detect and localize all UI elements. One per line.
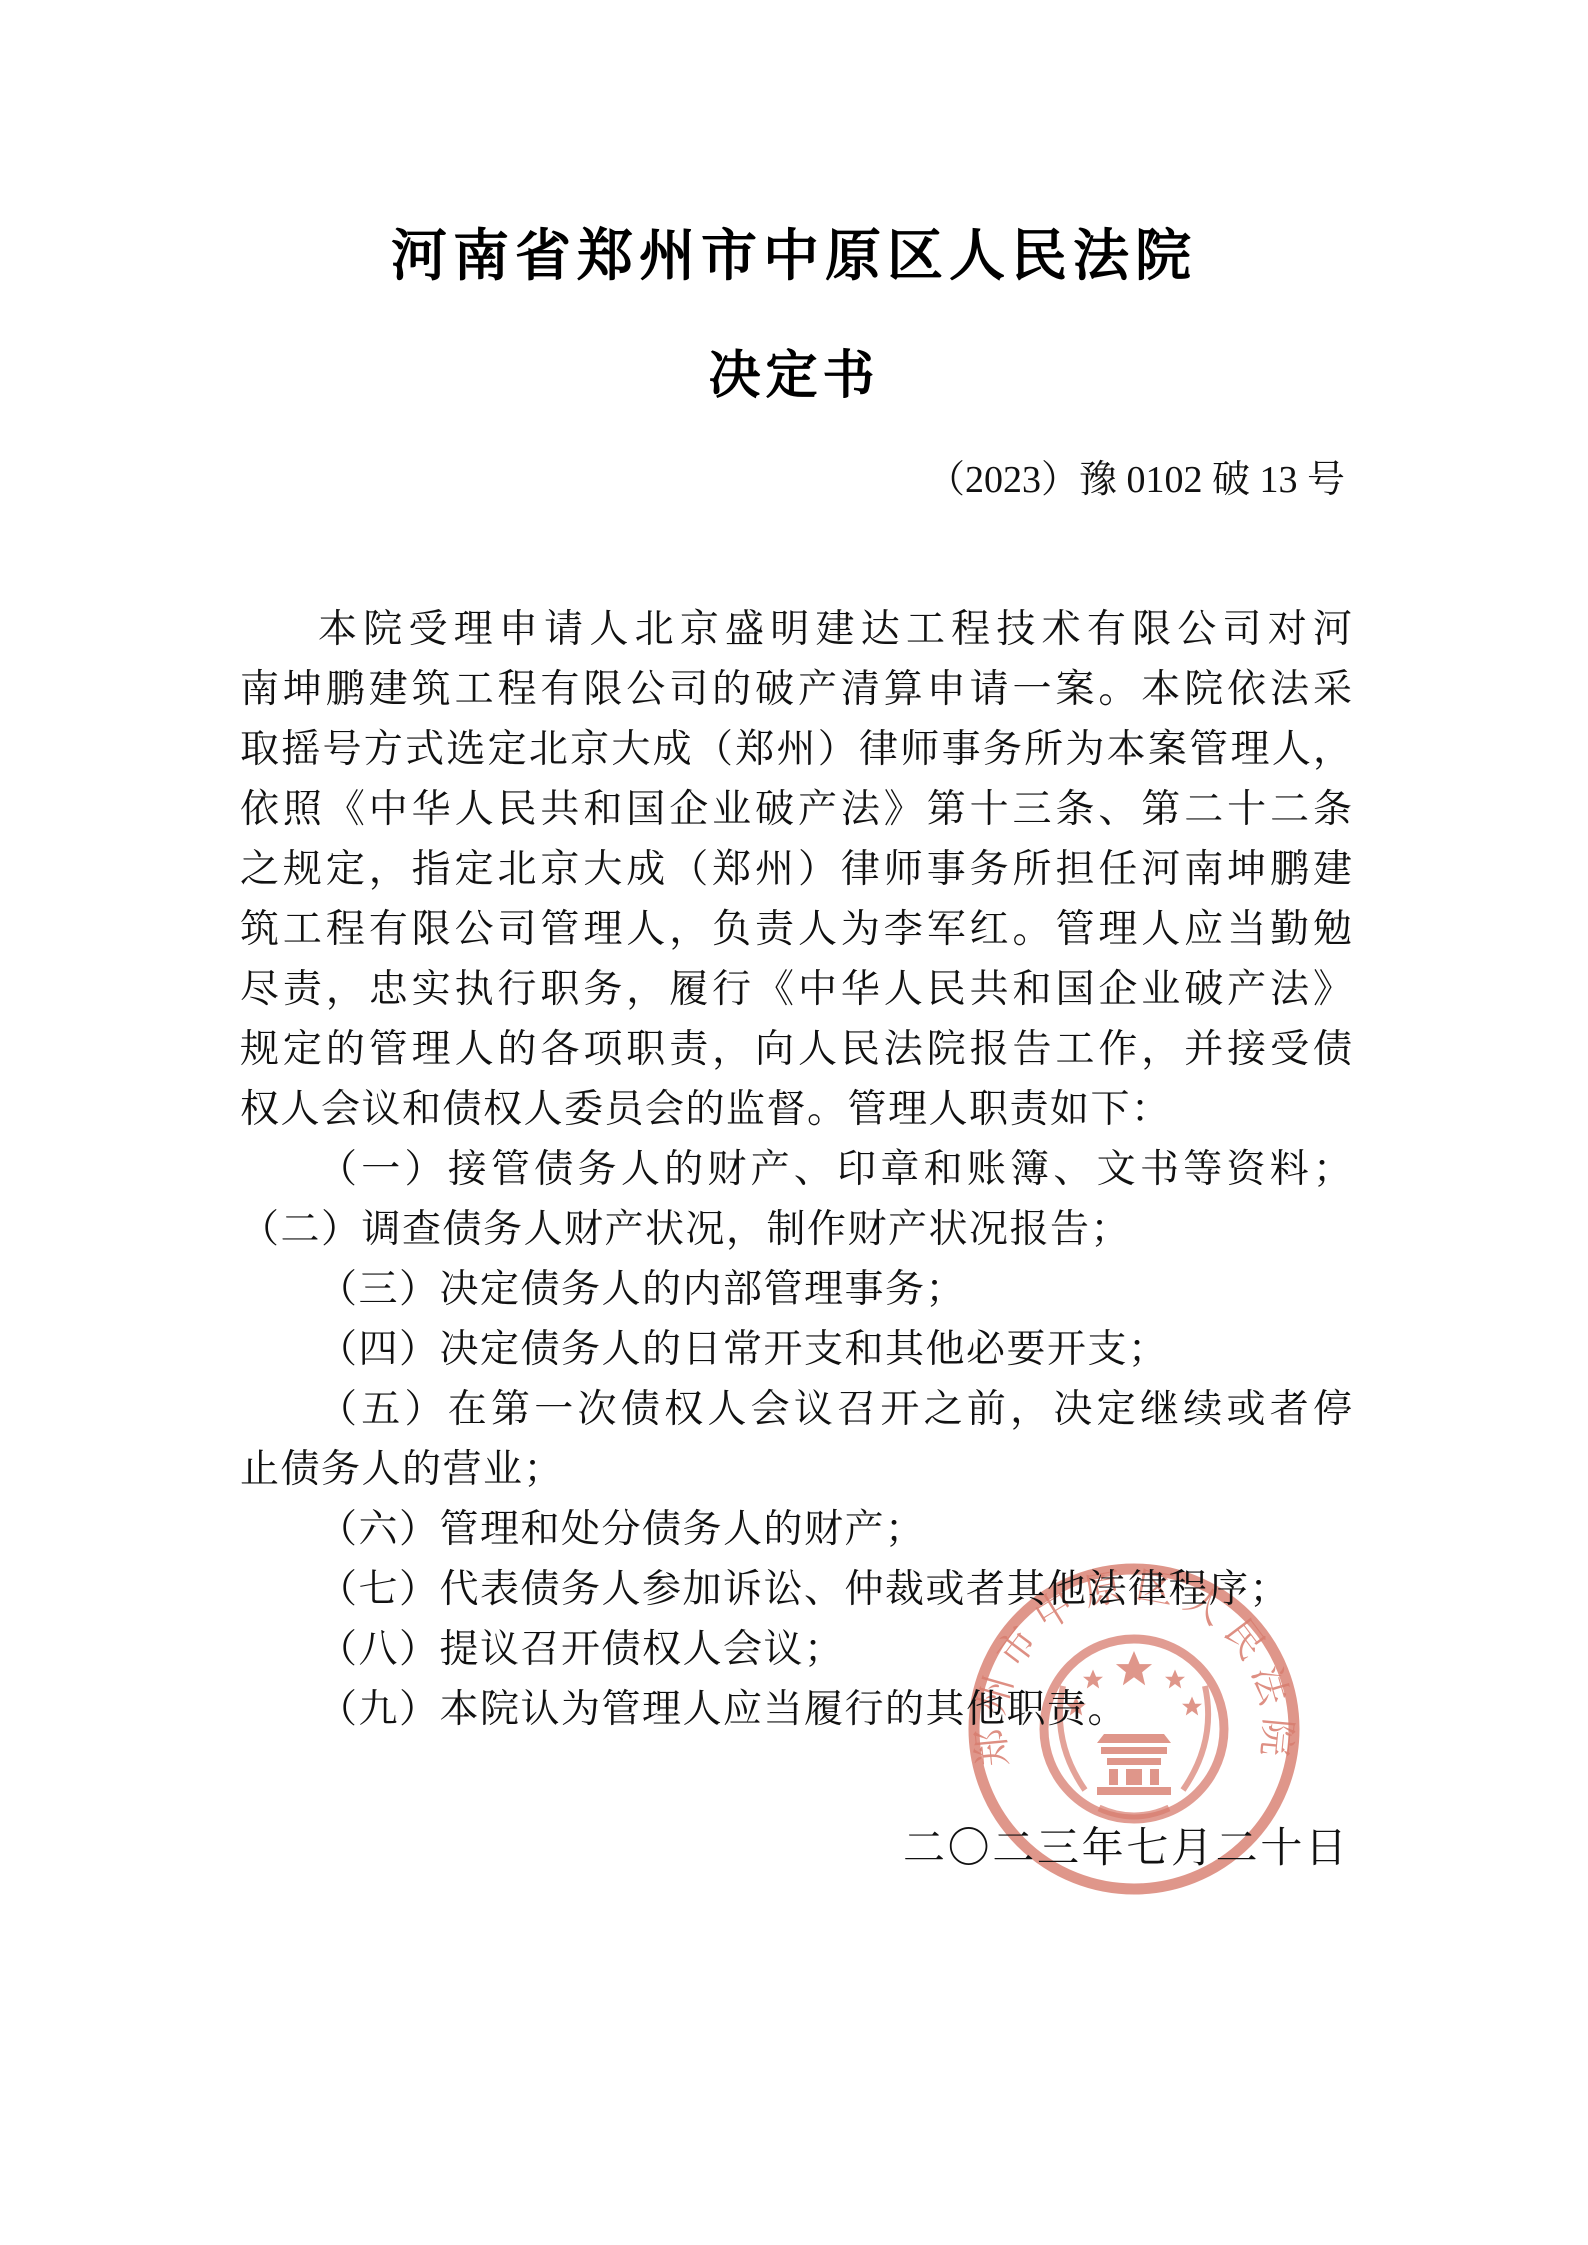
- body-line: （四）决定债务人的日常开支和其他必要开支；: [240, 1320, 1352, 1380]
- body-line: 止债务人的营业；: [240, 1440, 1352, 1500]
- body-line: 尽责，忠实执行职务，履行《中华人民共和国企业破产法》: [240, 960, 1352, 1020]
- body-line: 权人会议和债权人委员会的监督。管理人职责如下：: [240, 1080, 1352, 1140]
- body-line: 依照《中华人民共和国企业破产法》第十三条、第二十二条: [240, 780, 1352, 840]
- body-line: （三）决定债务人的内部管理事务；: [240, 1260, 1352, 1320]
- body-line: 南坤鹏建筑工程有限公司的破产清算申请一案。本院依法采: [240, 660, 1352, 720]
- decision-date: 二〇二三年七月二十日: [903, 1824, 1347, 1874]
- document-type-heading: 决定书: [0, 348, 1588, 404]
- body-line: （一）接管债务人的财产、印章和账簿、文书等资料；: [240, 1140, 1352, 1200]
- body-line: （八）提议召开债权人会议；: [240, 1620, 1352, 1680]
- body-line: 筑工程有限公司管理人，负责人为李军红。管理人应当勤勉: [240, 900, 1352, 960]
- body-line: 本院受理申请人北京盛明建达工程技术有限公司对河: [240, 600, 1352, 660]
- body-line: （六）管理和处分债务人的财产；: [240, 1500, 1352, 1560]
- case-number: （2023）豫 0102 破 13 号: [893, 458, 1345, 502]
- body-line: （五）在第一次债权人会议召开之前，决定继续或者停: [240, 1380, 1352, 1440]
- decision-document-page: 河南省郑州市中原区人民法院 决定书 （2023）豫 0102 破 13 号: [0, 0, 1588, 2245]
- body-line: （二）调查债务人财产状况，制作财产状况报告；: [240, 1200, 1352, 1260]
- body-text: 本院受理申请人北京盛明建达工程技术有限公司对河南坤鹏建筑工程有限公司的破产清算申…: [240, 600, 1352, 1740]
- body-line: （九）本院认为管理人应当履行的其他职责。: [240, 1680, 1352, 1740]
- body-line: 之规定，指定北京大成（郑州）律师事务所担任河南坤鹏建: [240, 840, 1352, 900]
- body-line: 取摇号方式选定北京大成（郑州）律师事务所为本案管理人，: [240, 720, 1352, 780]
- body-line: （七）代表债务人参加诉讼、仲裁或者其他法律程序；: [240, 1560, 1352, 1620]
- court-name-heading: 河南省郑州市中原区人民法院: [0, 226, 1588, 286]
- body-line: 规定的管理人的各项职责，向人民法院报告工作，并接受债: [240, 1020, 1352, 1080]
